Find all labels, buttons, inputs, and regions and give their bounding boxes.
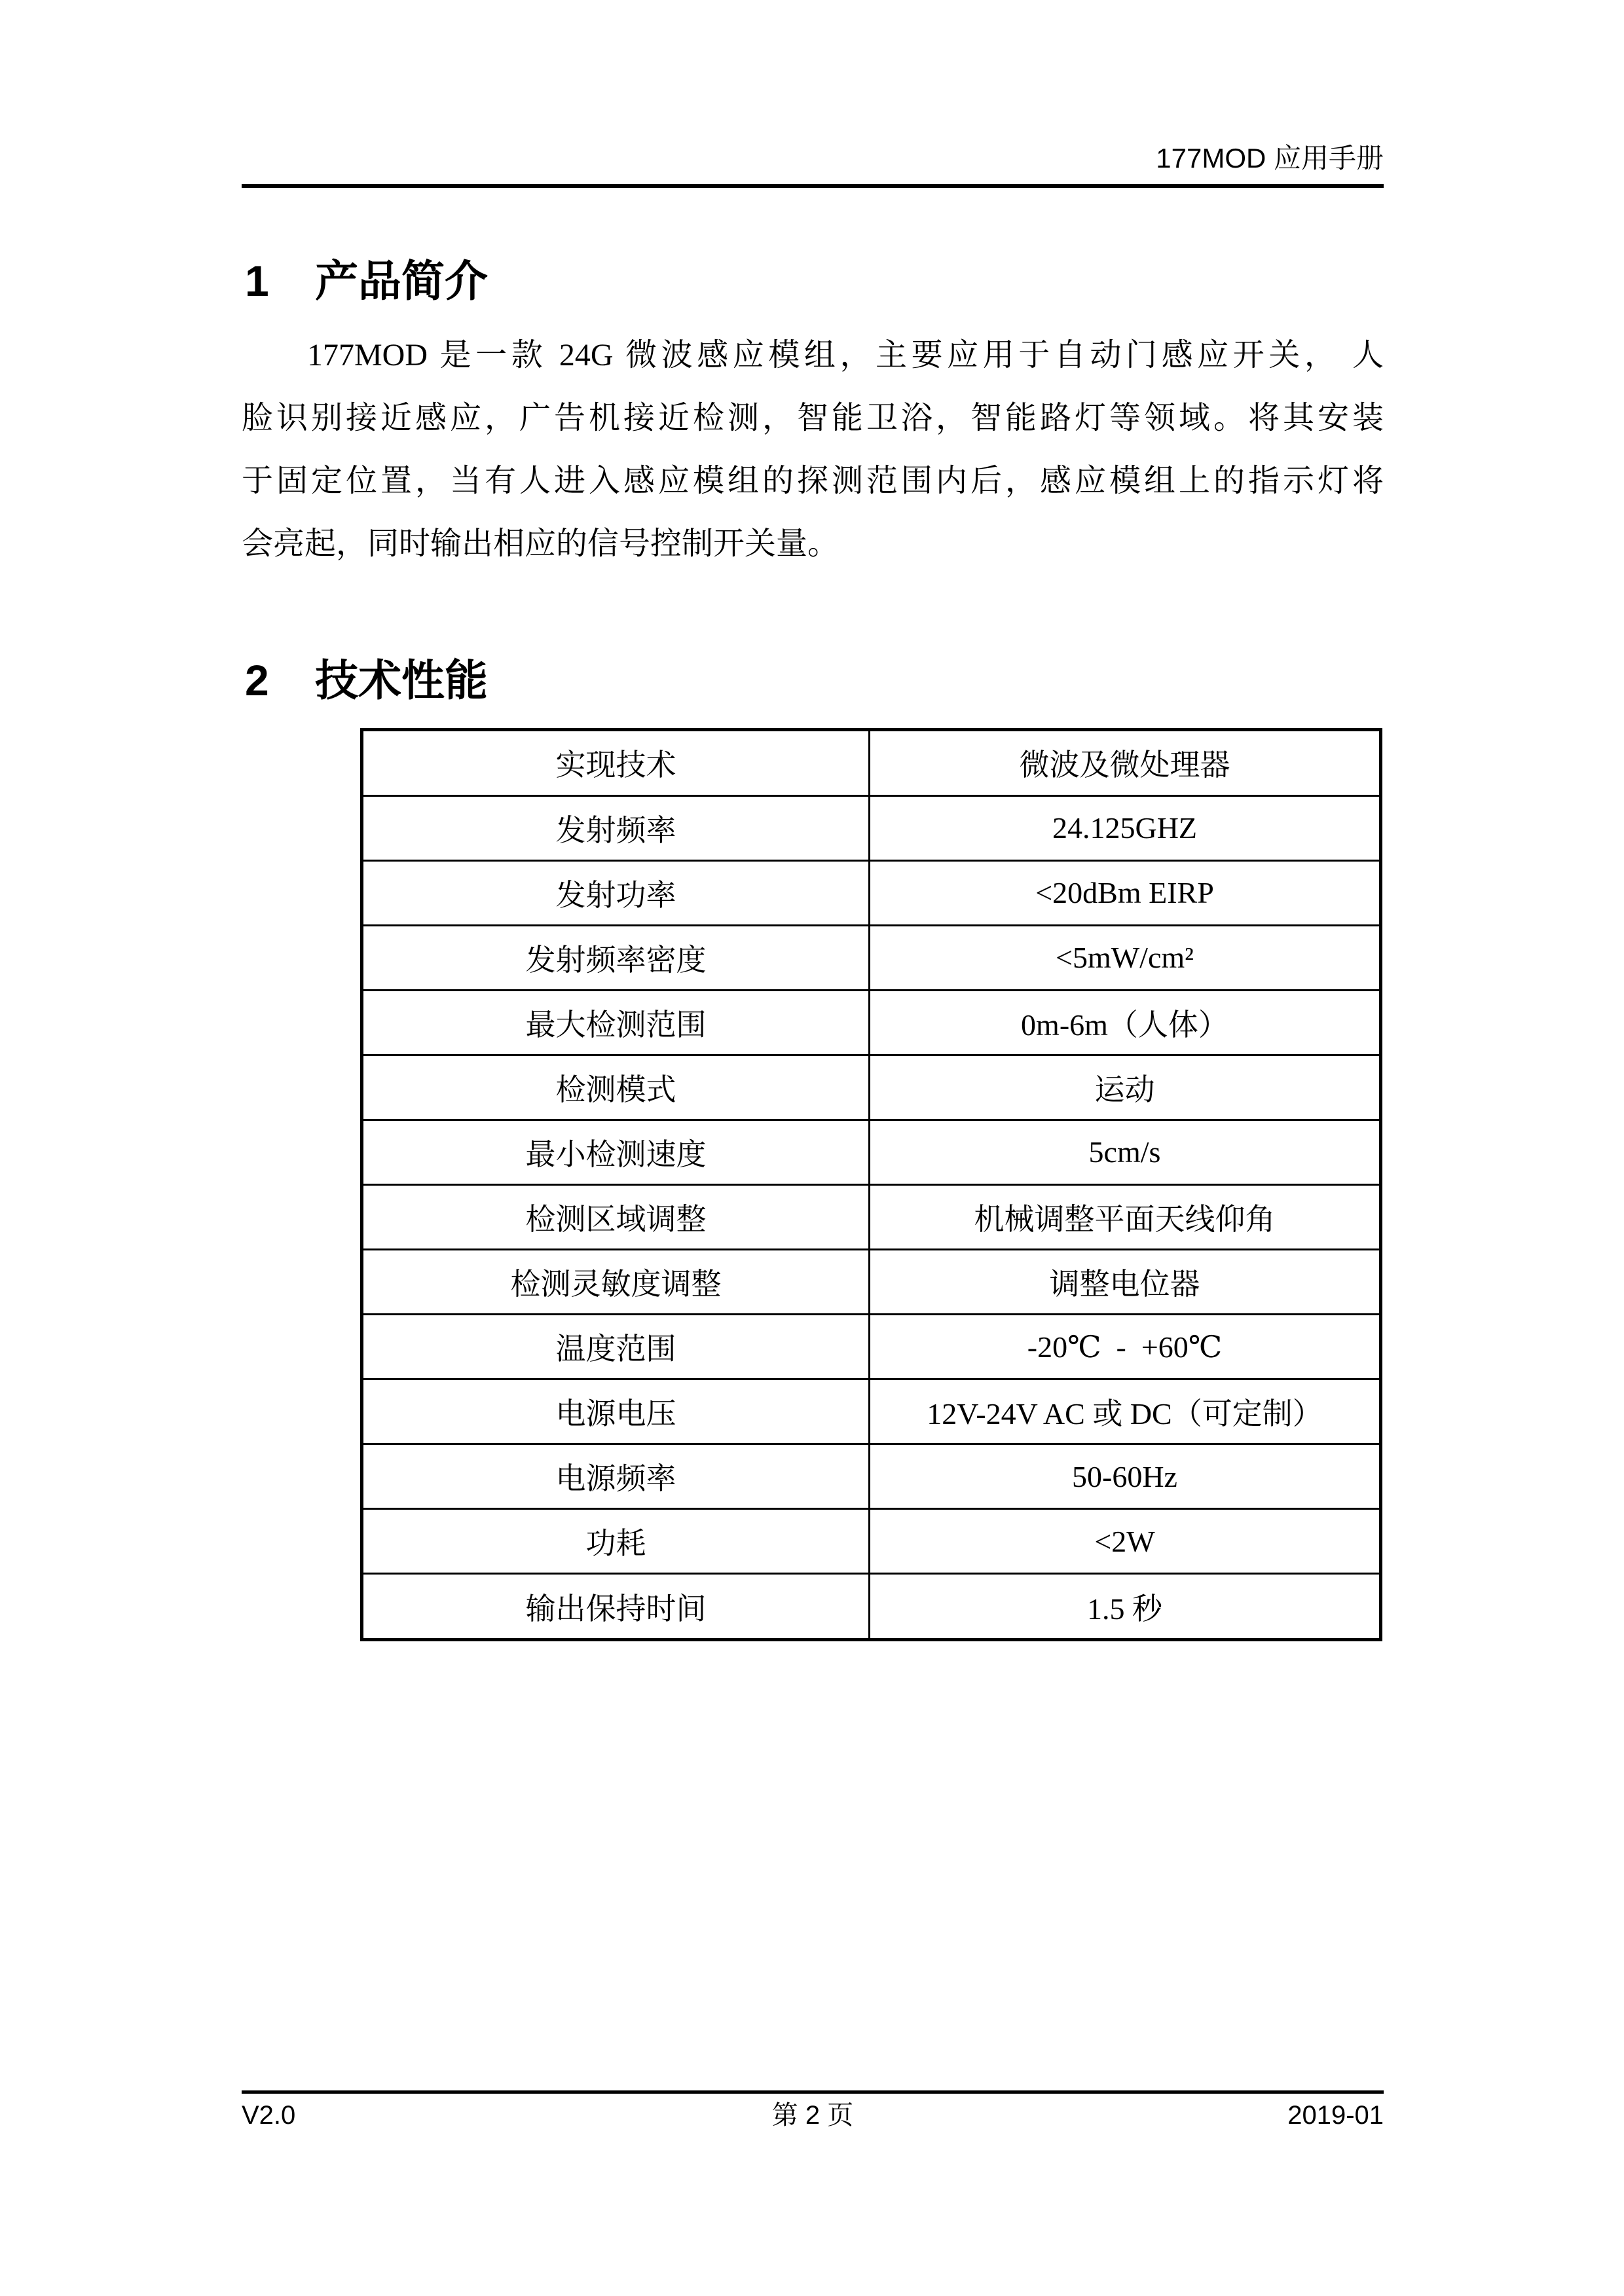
table-row: 检测模式 运动	[362, 1055, 1381, 1120]
section-number: 1	[245, 255, 269, 306]
table-row: 电源频率 50-60Hz	[362, 1444, 1381, 1509]
intro-paragraph: 177MOD 是一款 24G 微波感应模组，主要应用于自动门感应开关， 人 脸识…	[242, 324, 1384, 575]
header-divider	[242, 184, 1384, 188]
spec-value-cell: 微波及微处理器	[870, 730, 1381, 796]
table-row: 输出保持时间 1.5 秒	[362, 1574, 1381, 1640]
spec-value-cell: 50-60Hz	[870, 1444, 1381, 1509]
spec-label-cell: 检测区域调整	[362, 1184, 870, 1249]
paragraph-line: 会亮起，同时输出相应的信号控制开关量。	[242, 513, 1384, 575]
spec-value-cell: 运动	[870, 1055, 1381, 1120]
section-title: 技术性能	[315, 655, 488, 706]
document-page: 177MOD 应用手册 1 产品简介 177MOD 是一款 24G 微波感应模组…	[0, 0, 1624, 2296]
paragraph-line: 脸识别接近感应，广告机接近检测，智能卫浴，智能路灯等领域。将其安装	[242, 387, 1384, 450]
table-row: 实现技术 微波及微处理器	[362, 730, 1381, 796]
spec-table: 实现技术 微波及微处理器 发射频率 24.125GHZ 发射功率 <20dBm …	[360, 728, 1379, 1641]
spec-value-cell: 24.125GHZ	[870, 795, 1381, 860]
section-heading-2: 2 技术性能	[245, 655, 488, 706]
spec-label-cell: 发射功率	[362, 860, 870, 925]
table-row: 电源电压 12V-24V AC 或 DC（可定制）	[362, 1379, 1381, 1444]
spec-label-cell: 检测模式	[362, 1055, 870, 1120]
spec-value-cell: <20dBm EIRP	[870, 860, 1381, 925]
footer-date: 2019-01	[242, 2099, 1384, 2132]
spec-label-cell: 最小检测速度	[362, 1120, 870, 1184]
section-number: 2	[245, 655, 269, 706]
footer-divider	[242, 2090, 1384, 2094]
paragraph-line: 于固定位置，当有人进入感应模组的探测范围内后，感应模组上的指示灯将	[242, 450, 1384, 513]
spec-table-body: 实现技术 微波及微处理器 发射频率 24.125GHZ 发射功率 <20dBm …	[362, 730, 1381, 1640]
section-title: 产品简介	[315, 255, 488, 306]
spec-value-cell: 机械调整平面天线仰角	[870, 1184, 1381, 1249]
spec-value-cell: -20℃ - +60℃	[870, 1315, 1381, 1379]
spec-value-cell: 0m-6m（人体）	[870, 990, 1381, 1055]
table-row: 温度范围 -20℃ - +60℃	[362, 1315, 1381, 1379]
spec-value-cell: 12V-24V AC 或 DC（可定制）	[870, 1379, 1381, 1444]
paragraph-line: 177MOD 是一款 24G 微波感应模组，主要应用于自动门感应开关， 人	[242, 324, 1384, 387]
header-title: 177MOD 应用手册	[242, 141, 1384, 175]
table-row: 检测灵敏度调整 调整电位器	[362, 1250, 1381, 1315]
table-row: 最小检测速度 5cm/s	[362, 1120, 1381, 1184]
spec-label-cell: 电源频率	[362, 1444, 870, 1509]
section-heading-1: 1 产品简介	[245, 255, 488, 306]
spec-label-cell: 电源电压	[362, 1379, 870, 1444]
spec-value-cell: 1.5 秒	[870, 1574, 1381, 1640]
spec-label-cell: 实现技术	[362, 730, 870, 796]
table-row: 发射频率 24.125GHZ	[362, 795, 1381, 860]
spec-value-cell: <5mW/cm²	[870, 925, 1381, 990]
table-row: 发射频率密度 <5mW/cm²	[362, 925, 1381, 990]
spec-value-cell: 调整电位器	[870, 1250, 1381, 1315]
spec-label-cell: 温度范围	[362, 1315, 870, 1379]
spec-value-cell: <2W	[870, 1509, 1381, 1574]
spec-label-cell: 发射频率	[362, 795, 870, 860]
spec-label-cell: 发射频率密度	[362, 925, 870, 990]
table-row: 检测区域调整 机械调整平面天线仰角	[362, 1184, 1381, 1249]
spec-label-cell: 输出保持时间	[362, 1574, 870, 1640]
spec-label-cell: 检测灵敏度调整	[362, 1250, 870, 1315]
table-row: 最大检测范围 0m-6m（人体）	[362, 990, 1381, 1055]
spec-value-cell: 5cm/s	[870, 1120, 1381, 1184]
spec-label-cell: 功耗	[362, 1509, 870, 1574]
table-row: 发射功率 <20dBm EIRP	[362, 860, 1381, 925]
spec-label-cell: 最大检测范围	[362, 990, 870, 1055]
table-row: 功耗 <2W	[362, 1509, 1381, 1574]
